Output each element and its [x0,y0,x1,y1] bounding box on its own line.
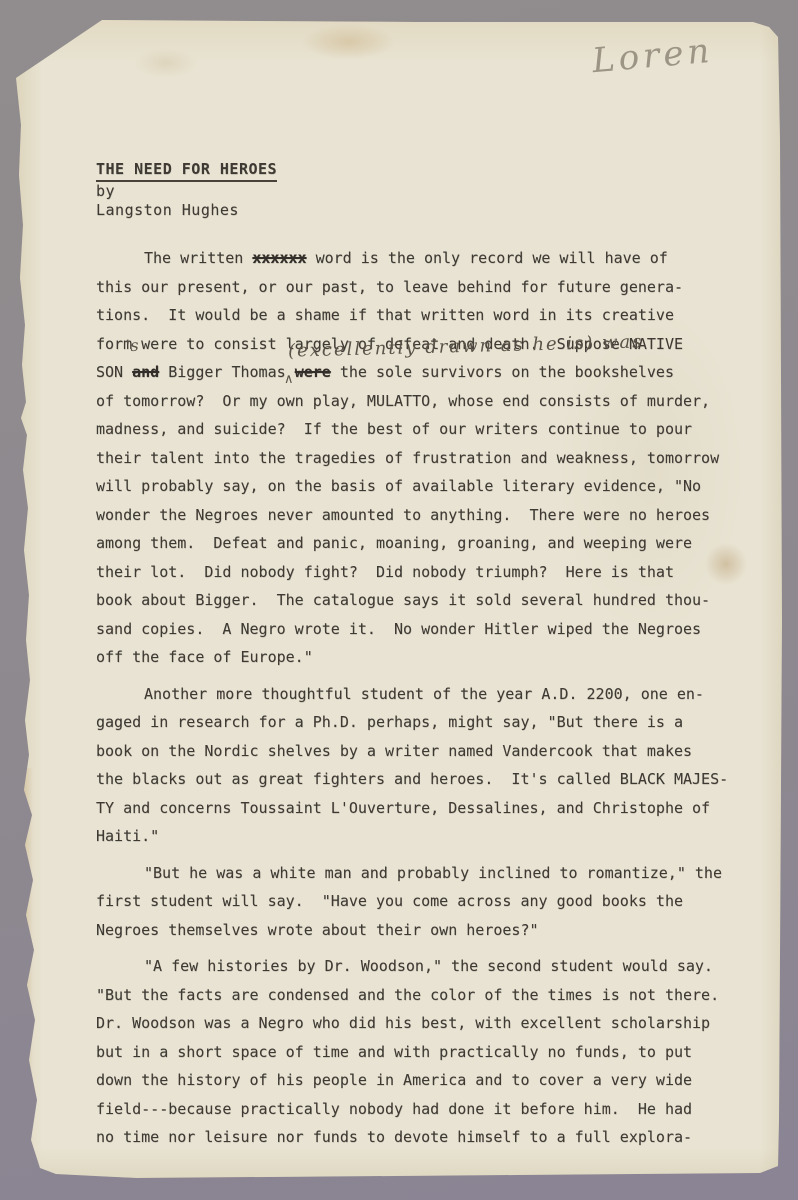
line-text: the sole survivors on the bookshelves [331,363,674,381]
paper-stain [301,24,396,60]
line-text: The written [144,249,252,267]
typed-line: first student will say. "Have you come a… [96,887,728,916]
typed-body: The written xxxxxx word is the only reco… [96,244,728,1160]
typed-line: form were to consist largely of defeat a… [96,330,728,359]
typed-line: book about Bigger. The catalogue says it… [96,586,728,615]
paper: Loren THE NEED FOR HEROES by Langston Hu… [16,20,782,1178]
byline: by [96,182,277,201]
line-text: word is the only record we will have of [307,249,668,267]
typed-line: The written xxxxxx word is the only reco… [96,244,728,273]
struck-word: xxxxxx [252,249,306,267]
paragraph: "But he was a white man and probably inc… [96,859,728,945]
line-text: SON [96,363,132,381]
typed-line: sand copies. A Negro wrote it. No wonder… [96,615,728,644]
typed-line: this our present, or our past, to leave … [96,273,728,302]
typed-line: madness, and suicide? If the best of our… [96,415,728,444]
typed-line: their talent into the tragedies of frust… [96,444,728,473]
paragraph: The written xxxxxx word is the only reco… [96,244,728,672]
typed-line: Dr. Woodson was a Negro who did his best… [96,1009,728,1038]
typed-line: off the face of Europe." [96,643,728,672]
typed-line: the blacks out as great fighters and her… [96,765,728,794]
typed-line: but in a short space of time and with pr… [96,1038,728,1067]
typed-line: "A few histories by Dr. Woodson," the se… [96,952,728,981]
typed-line: field---because practically nobody had d… [96,1095,728,1124]
typed-line: wonder the Negroes never amounted to any… [96,501,728,530]
typed-line: Negroes themselves wrote about their own… [96,916,728,945]
typed-line: "But he was a white man and probably inc… [96,859,728,888]
typed-line: book on the Nordic shelves by a writer n… [96,737,728,766]
paragraph: "A few histories by Dr. Woodson," the se… [96,952,728,1152]
page-background: Loren THE NEED FOR HEROES by Langston Hu… [0,0,798,1200]
handwritten-name: Loren [590,31,714,81]
typed-line: TY and concerns Toussaint L'Ouverture, D… [96,794,728,823]
typed-line: down the history of his people in Americ… [96,1066,728,1095]
struck-word: were [295,363,331,381]
typed-line: no time nor leisure nor funds to devote … [96,1123,728,1152]
paragraph: Another more thoughtful student of the y… [96,680,728,851]
paper-stain [134,48,198,78]
typed-line: Haiti." [96,822,728,851]
struck-word: and [132,363,159,381]
typed-line: will probably say, on the basis of avail… [96,472,728,501]
typed-line: their lot. Did nobody fight? Did nobody … [96,558,728,587]
typed-line: "But the facts are condensed and the col… [96,981,728,1010]
typed-line: tions. It would be a shame if that writt… [96,301,728,330]
document-title: THE NEED FOR HEROES [96,160,277,182]
typed-line: gaged in research for a Ph.D. perhaps, m… [96,708,728,737]
typed-line: SON and Bigger Thomas were the sole surv… [96,358,728,387]
typed-line: Another more thoughtful student of the y… [96,680,728,709]
torn-edge [16,768,33,1178]
author-name: Langston Hughes [96,201,277,220]
document-header: THE NEED FOR HEROES by Langston Hughes [96,160,277,220]
typed-line: among them. Defeat and panic, moaning, g… [96,529,728,558]
line-text: Bigger Thomas [159,363,294,381]
typed-line: of tomorrow? Or my own play, MULATTO, wh… [96,387,728,416]
